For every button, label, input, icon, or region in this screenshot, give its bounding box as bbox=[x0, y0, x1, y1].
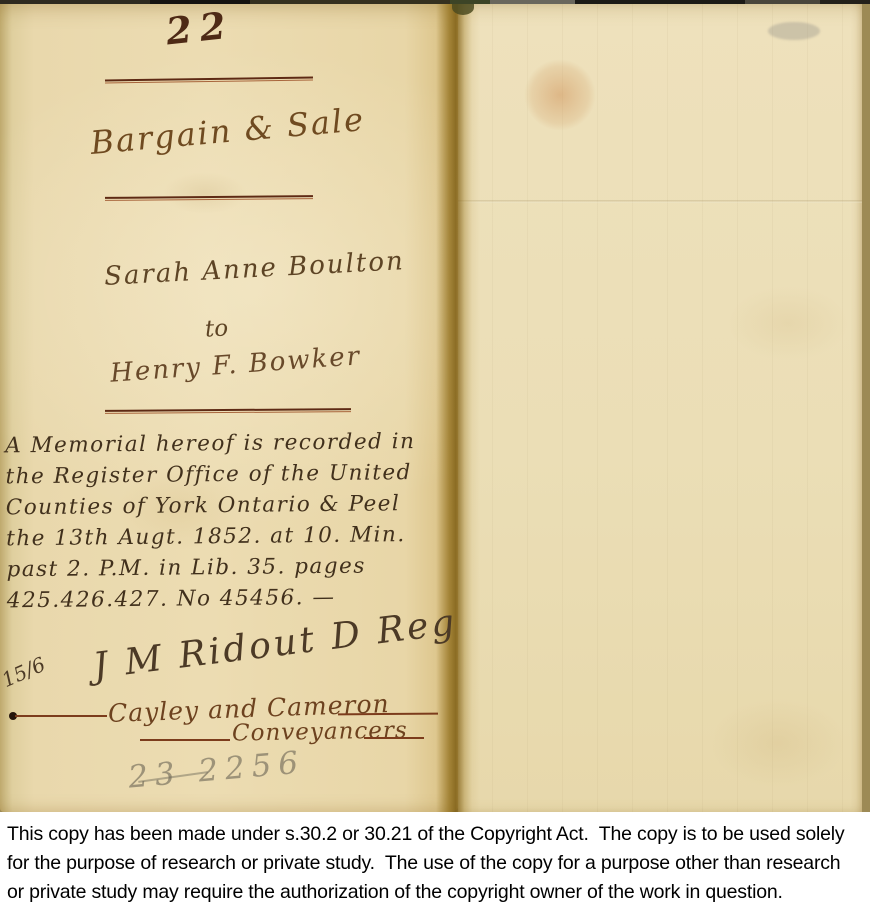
copyright-notice-line: for the purpose of research or private s… bbox=[7, 849, 870, 878]
parties-connector: to bbox=[204, 315, 228, 342]
memorial-line: the Register Office of the United bbox=[5, 457, 453, 493]
right-page bbox=[458, 3, 862, 813]
horizontal-crease bbox=[458, 200, 862, 203]
fold-crease bbox=[436, 0, 480, 816]
conveyancers-line-left bbox=[140, 739, 230, 741]
memorial-line: past 2. P.M. in Lib. 35. pages bbox=[6, 550, 454, 586]
conveyancer-line-left bbox=[15, 715, 107, 717]
conveyancers-line-right bbox=[364, 737, 424, 739]
scanned-document-page: 22 Bargain & Sale Sarah Anne Boulton to … bbox=[0, 0, 870, 914]
memorial-text: A Memorial hereof is recorded in the Reg… bbox=[5, 426, 455, 617]
memorial-line: Counties of York Ontario & Peel bbox=[6, 488, 454, 524]
copyright-notice-line: This copy has been made under s.30.2 or … bbox=[7, 820, 870, 849]
document-number: 22 bbox=[164, 3, 236, 54]
conveyancer-title: Conveyancers bbox=[232, 717, 408, 746]
memorial-line: A Memorial hereof is recorded in bbox=[5, 426, 453, 462]
document-scan: 22 Bargain & Sale Sarah Anne Boulton to … bbox=[0, 0, 870, 816]
top-right-smudge bbox=[768, 22, 820, 40]
copyright-notice-line: or private study may require the authori… bbox=[7, 878, 870, 907]
memorial-line: the 13th Augt. 1852. at 10. Min. bbox=[6, 519, 454, 555]
copyright-notice: This copy has been made under s.30.2 or … bbox=[0, 812, 870, 914]
scan-top-edge bbox=[0, 0, 870, 4]
